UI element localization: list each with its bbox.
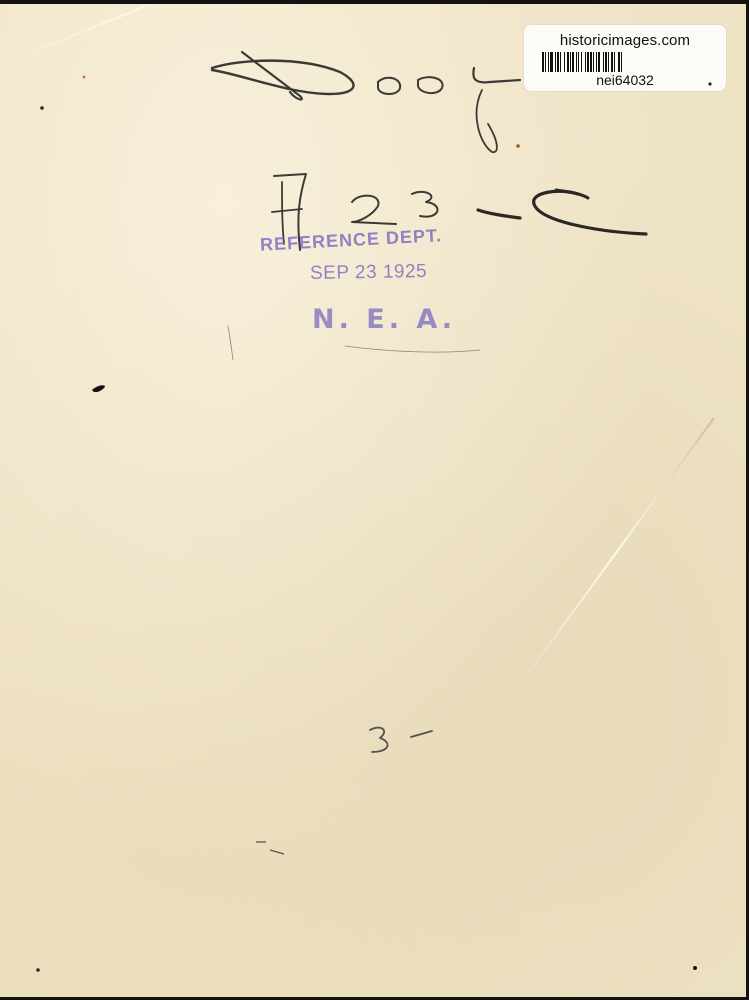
paper-crease (519, 417, 715, 685)
handwritten-number: 3- (0, 4, 1, 5)
label-code: nei64032 (524, 73, 726, 87)
barcode-icon (542, 52, 708, 72)
paper-crease-top (0, 4, 241, 66)
label-site: historicimages.com (524, 33, 726, 49)
stamp-date: SEP 23 1925 (310, 261, 428, 285)
stamp-organization: N. E. A. (312, 304, 456, 335)
barcode-label: historicimages.com nei64032 (524, 25, 726, 91)
photo-back-paper: historicimages.com nei64032 (0, 4, 746, 997)
stamp-department: REFERENCE DEPT. (260, 225, 443, 255)
handwriting (0, 4, 746, 997)
